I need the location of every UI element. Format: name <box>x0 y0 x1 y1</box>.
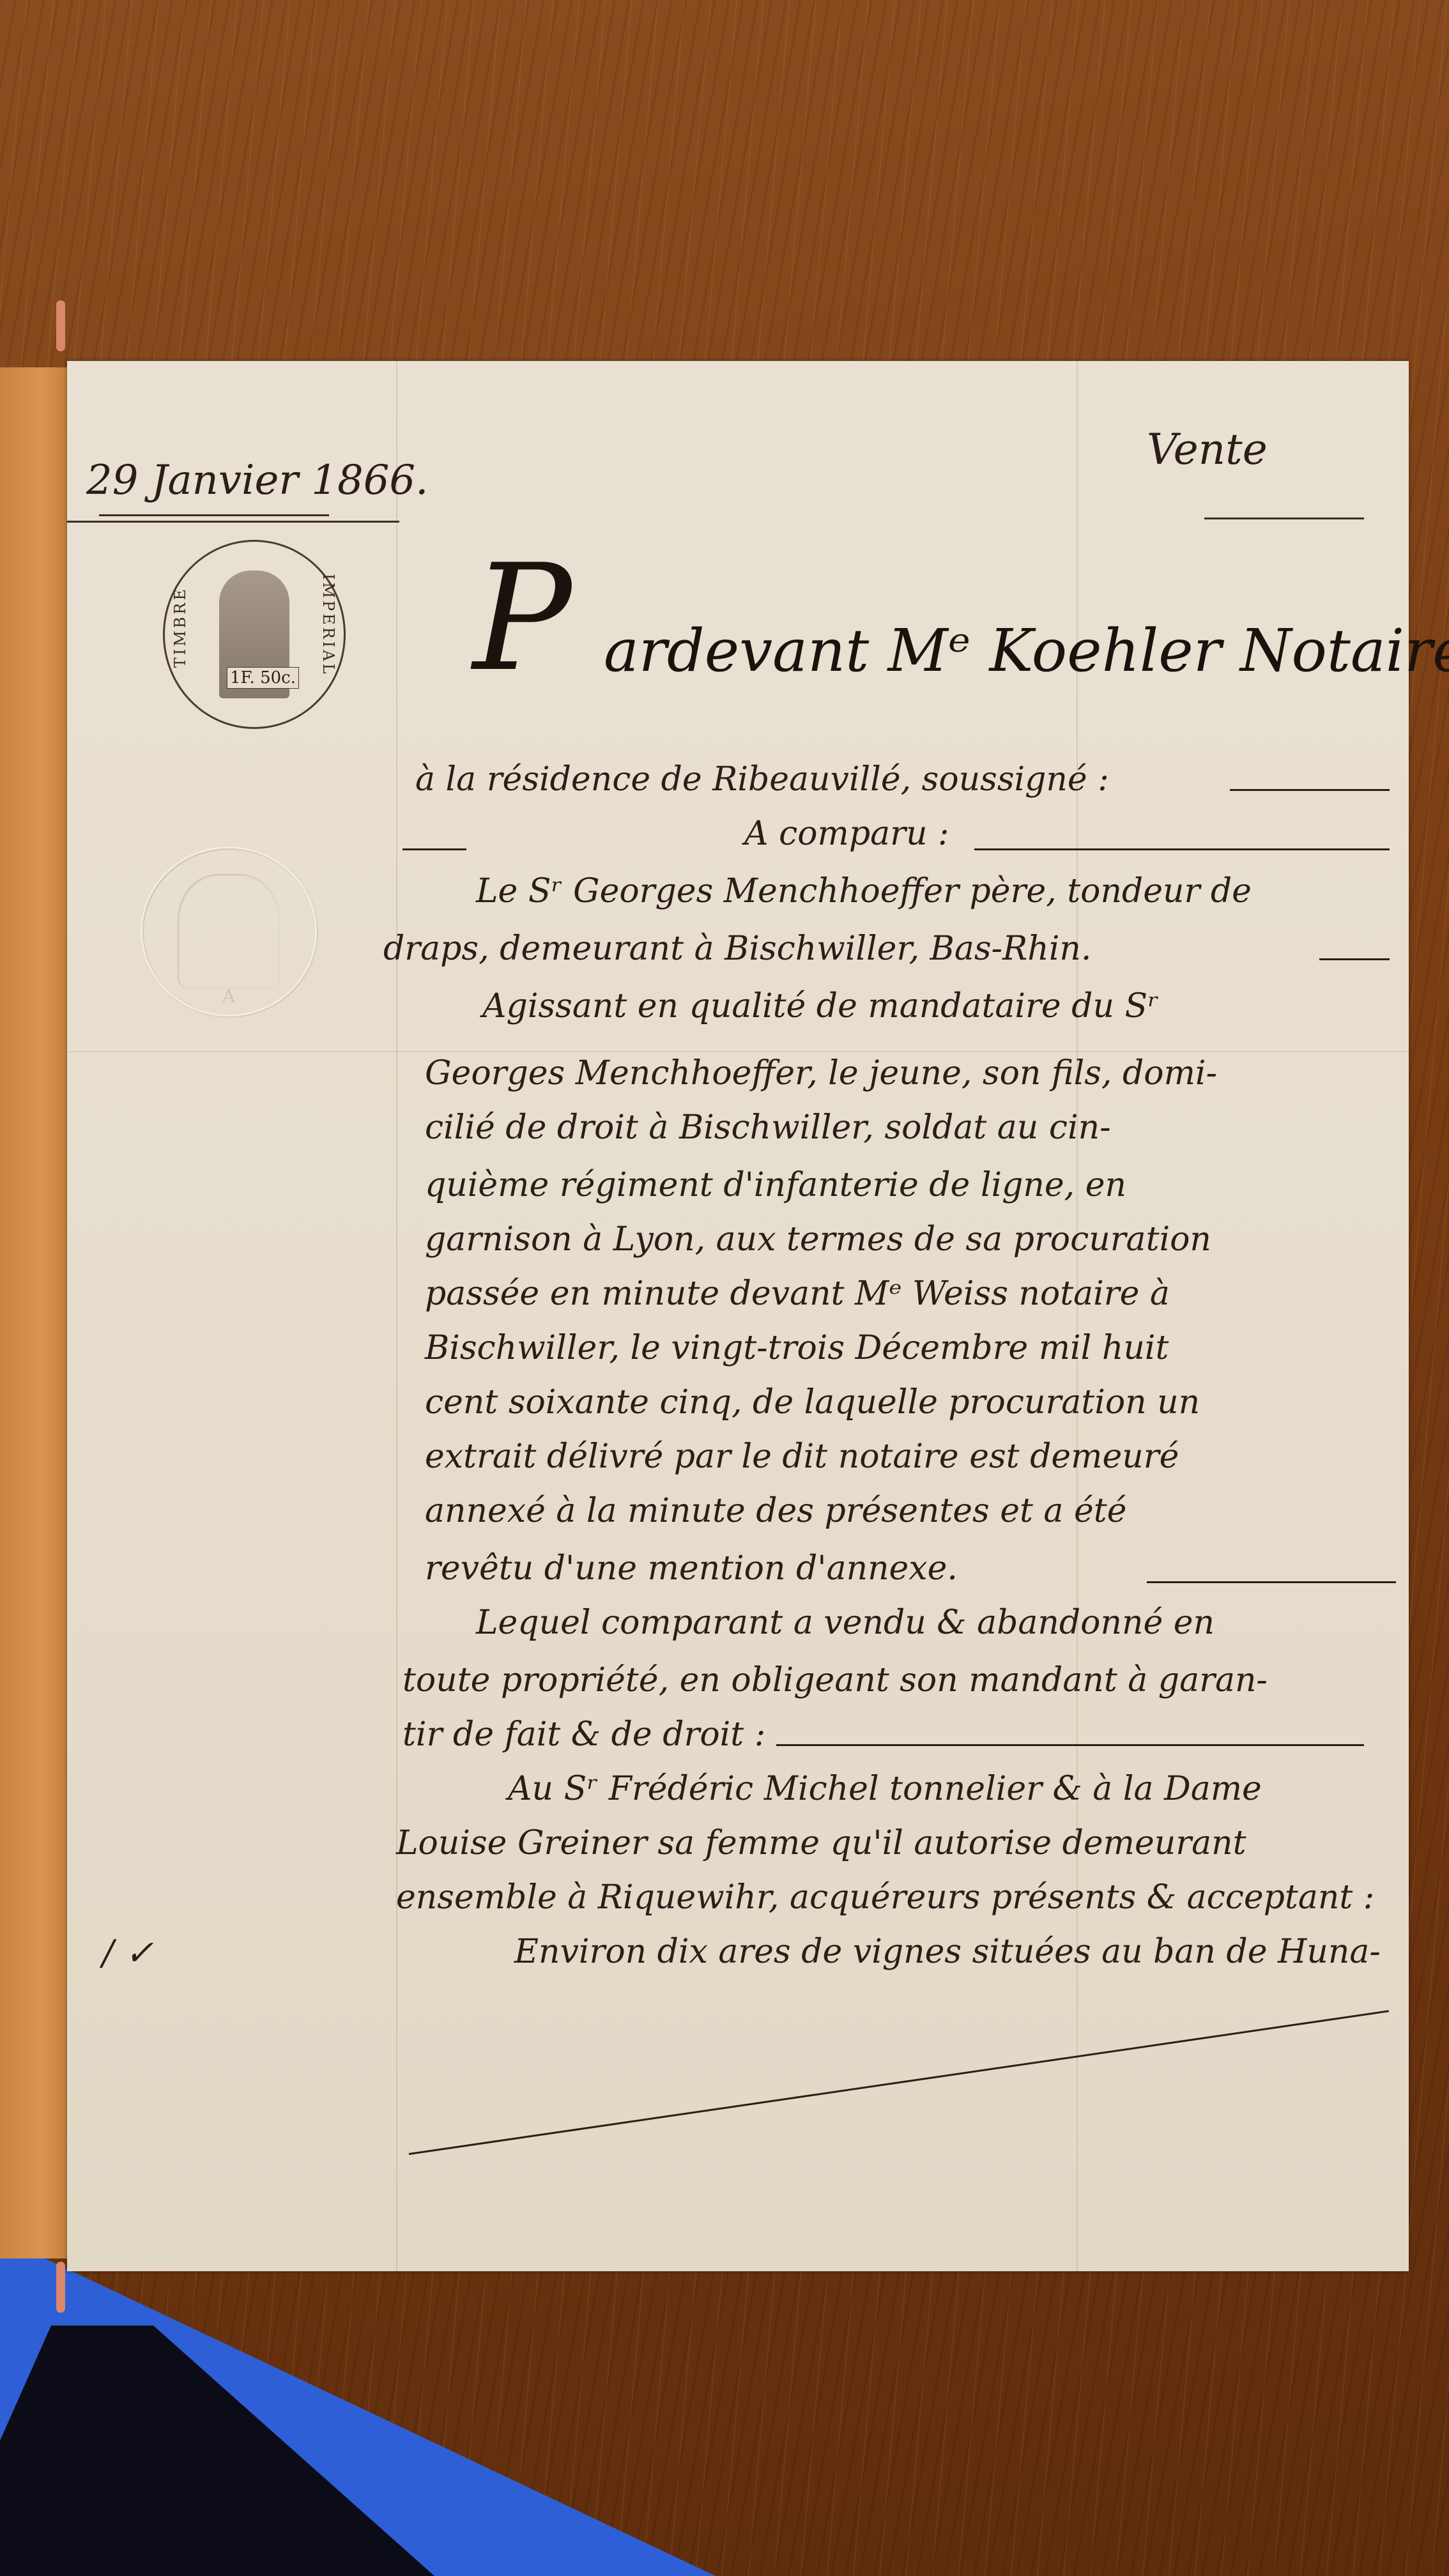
date-underline <box>99 514 329 516</box>
body-line: extrait délivré par le dit notaire est d… <box>425 1437 1179 1476</box>
body-line: Environ dix ares de vignes situées au ba… <box>514 1933 1381 1971</box>
body-line: A comparu : <box>744 815 949 853</box>
body-line: garnison à Lyon, aux termes de sa procur… <box>425 1220 1211 1259</box>
imperial-tax-stamp: TIMBRE IMPERIAL 1F. 50c. <box>163 540 346 729</box>
body-line: ensemble à Riquewihr, acquéreurs présent… <box>396 1878 1374 1917</box>
deed-date: 29 Janvier 1866. <box>86 457 428 504</box>
body-line: à la résidence de Ribeauvillé, soussigné… <box>415 760 1109 799</box>
body-line: revêtu d'une mention d'annexe. <box>425 1549 958 1588</box>
embossed-eagle-seal: A <box>141 847 317 1016</box>
horizontal-crease <box>67 1051 1409 1052</box>
line-filler <box>1230 789 1390 791</box>
decorative-initial: P <box>473 533 572 704</box>
body-line: Bischwiller, le vingt-trois Décembre mil… <box>425 1329 1169 1367</box>
margin-fold <box>396 361 397 2271</box>
line-filler <box>776 1744 1364 1746</box>
body-line: Agissant en qualité de mandataire du Sʳ <box>482 987 1159 1025</box>
stamp-label-right: IMPERIAL <box>319 574 337 677</box>
folder-tie-top <box>56 300 65 351</box>
orange-folder-cover <box>0 367 70 2258</box>
body-line: cent soixante cinq, de laquelle procurat… <box>425 1383 1200 1422</box>
body-line: draps, demeurant à Bischwiller, Bas-Rhin… <box>383 930 1091 968</box>
line-filler <box>1147 1581 1396 1583</box>
line-filler <box>402 848 466 850</box>
body-line: Georges Menchhoeffer, le jeune, son fils… <box>425 1054 1217 1092</box>
body-line: Au Sʳ Frédéric Michel tonnelier & à la D… <box>508 1770 1262 1808</box>
body-line: quième régiment d'infanterie de ligne, e… <box>425 1166 1126 1204</box>
margin-rule <box>67 521 399 523</box>
marginal-mark: / ✓ <box>102 1933 154 1973</box>
seal-letter: A <box>222 986 235 1007</box>
title-underline <box>1204 517 1364 519</box>
body-line: Le Sʳ Georges Menchhoeffer père, tondeur… <box>476 872 1252 910</box>
body-line: tir de fait & de droit : <box>402 1715 765 1754</box>
body-line: Louise Greiner sa femme qu'il autorise d… <box>396 1824 1246 1862</box>
deed-page: 29 Janvier 1866. TIMBRE IMPERIAL 1F. 50c… <box>67 361 1409 2271</box>
eagle-icon <box>178 874 280 989</box>
stamp-label-left: TIMBRE <box>171 586 189 668</box>
body-line: annexé à la minute des présentes et a ét… <box>425 1492 1126 1530</box>
body-line: passée en minute devant Mᵉ Weiss notaire… <box>425 1275 1170 1313</box>
folder-tie-bottom <box>56 2262 65 2313</box>
stamp-value: 1F. 50c. <box>227 667 299 689</box>
line-filler <box>1319 958 1390 960</box>
body-line: cilié de droit à Bischwiller, soldat au … <box>425 1108 1111 1147</box>
line-filler <box>974 848 1390 850</box>
body-line: Lequel comparant a vendu & abandonné en <box>476 1604 1215 1642</box>
body-line: toute propriété, en obligeant son mandan… <box>402 1661 1268 1699</box>
deed-title: Vente <box>1147 425 1268 474</box>
deed-heading: ardevant Mᵉ Koehler Notaire <box>604 617 1449 685</box>
